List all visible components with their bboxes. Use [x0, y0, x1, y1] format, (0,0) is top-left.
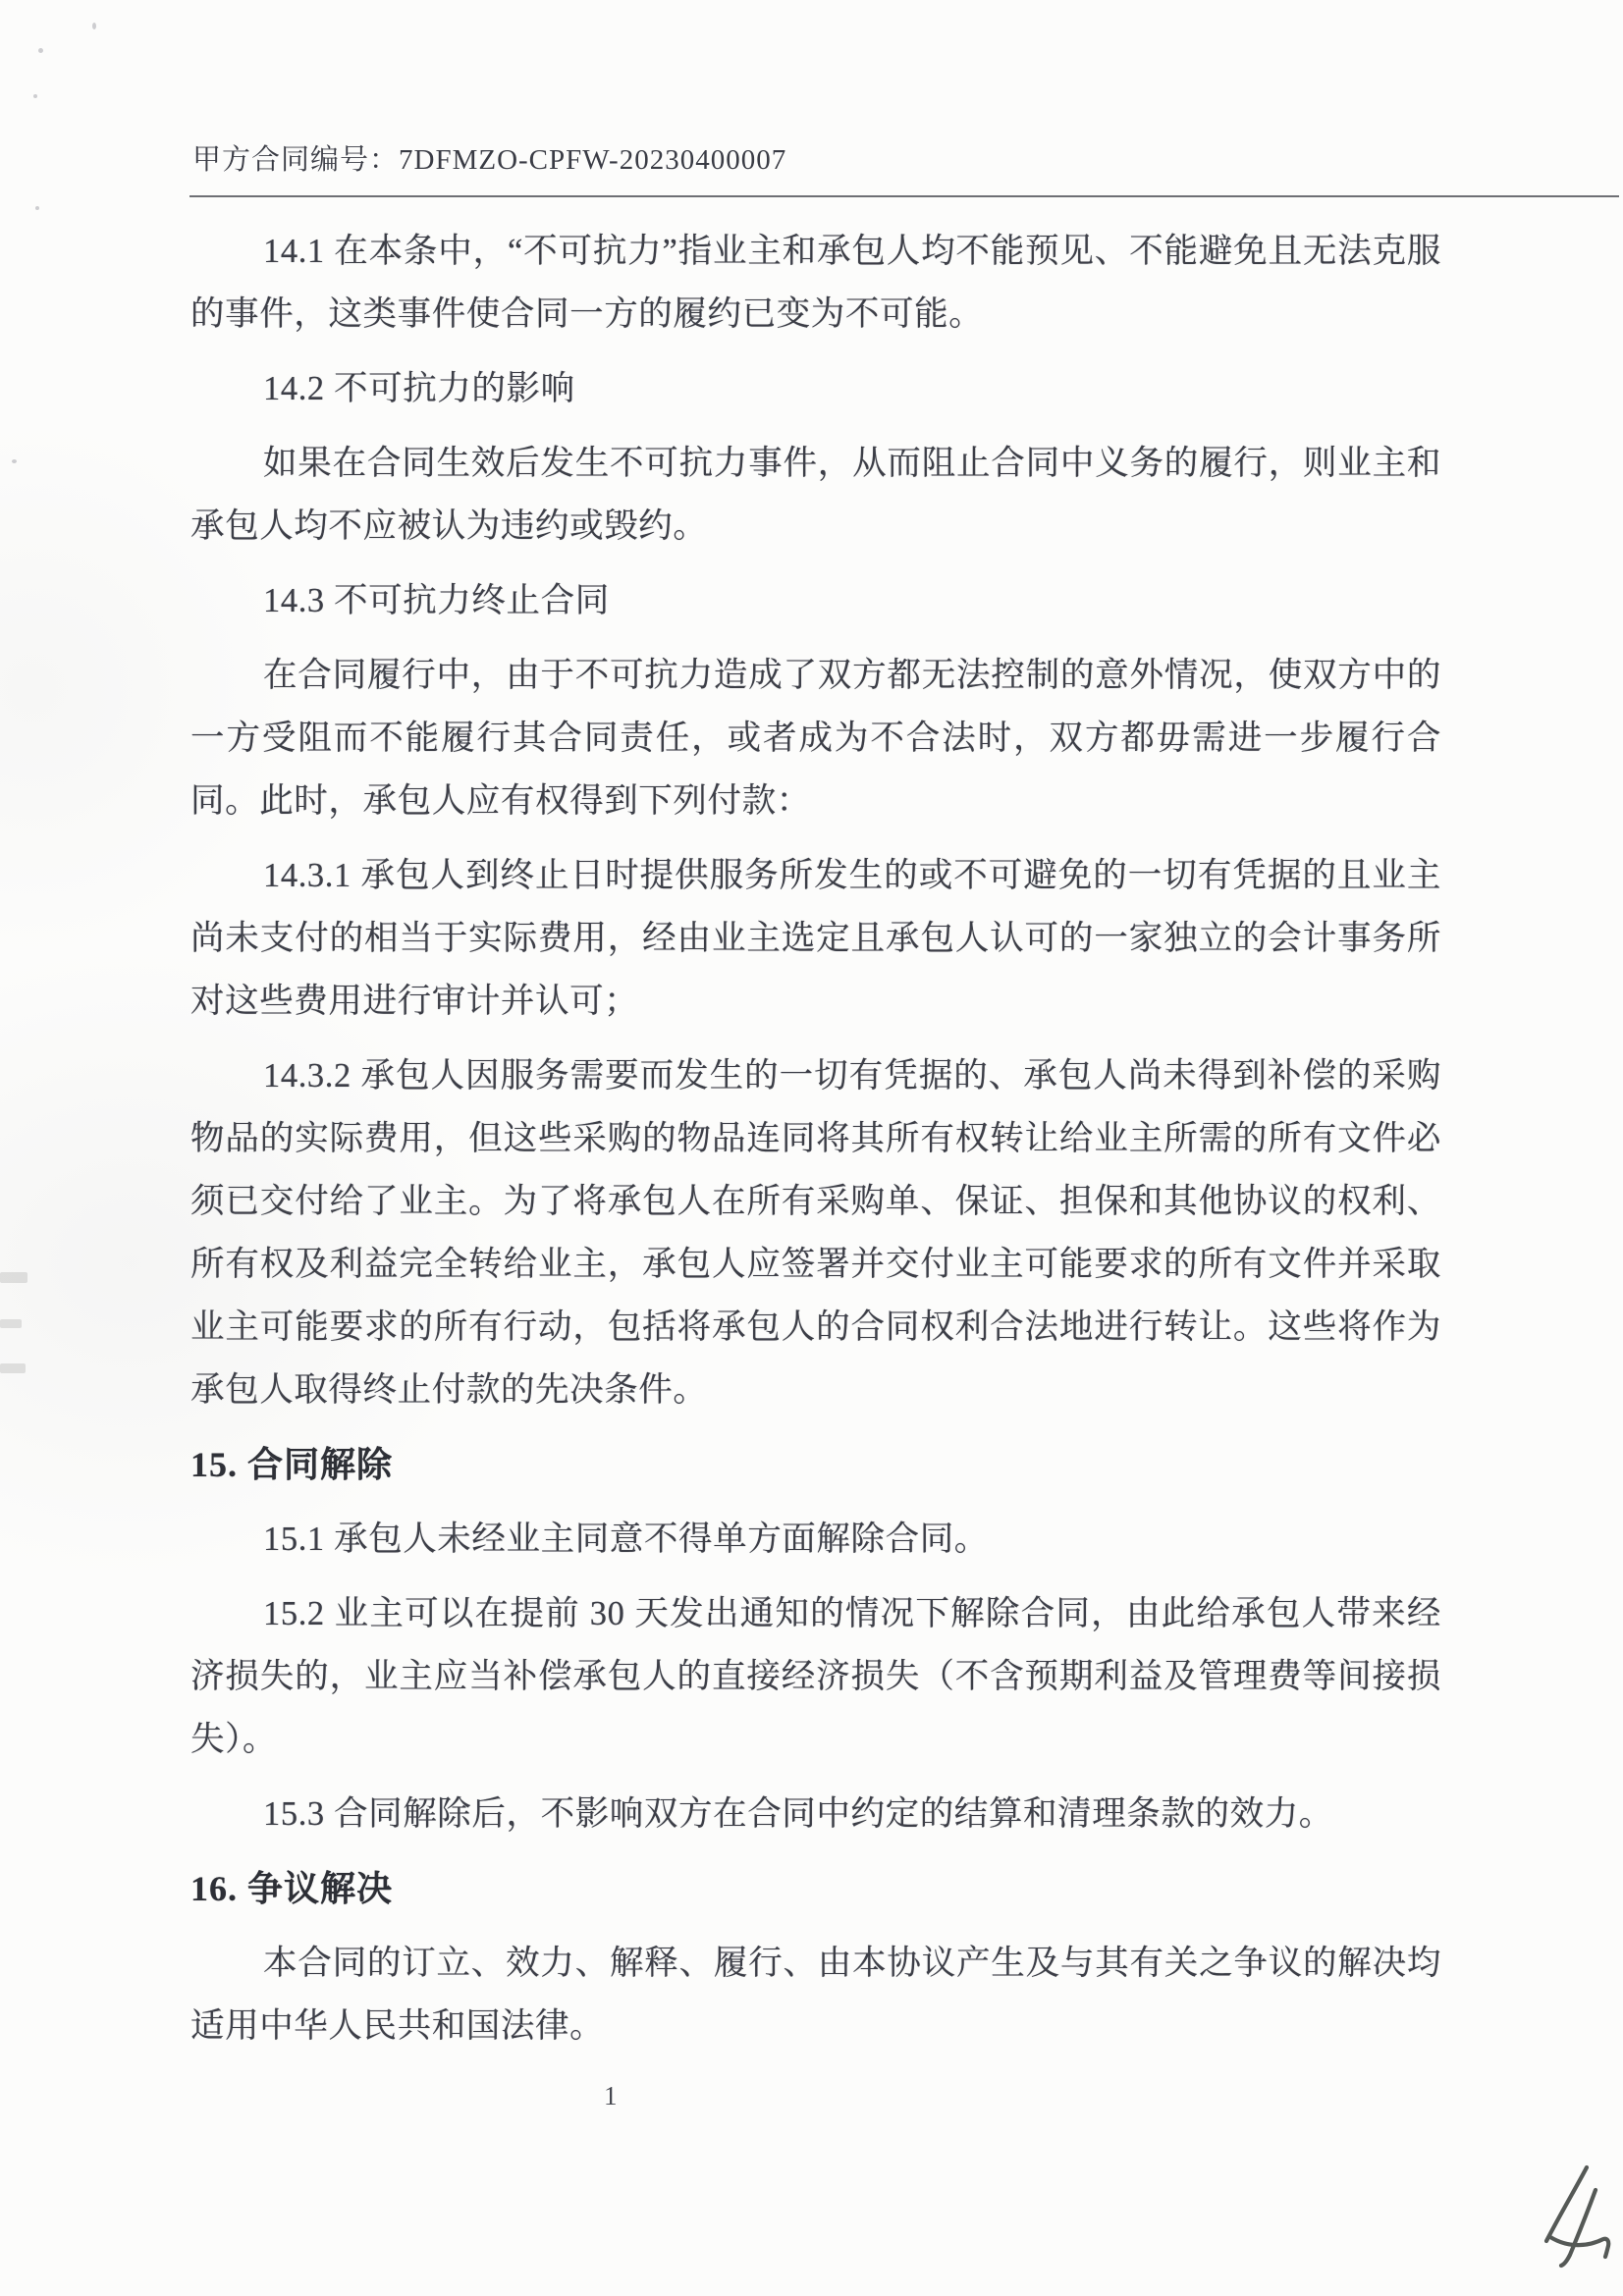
contract-body: 14.1 在本条中，“不可抗力”指业主和承包人均不能预见、不能避免且无法克服的事…: [190, 220, 1441, 2069]
clause-15-2: 15.2 业主可以在提前 30 天发出通知的情况下解除合同，由此给承包人带来经济…: [190, 1582, 1441, 1771]
page-number: 1: [604, 2081, 618, 2111]
contract-number-label: 甲方合同编号：: [192, 144, 399, 176]
header-divider: [189, 195, 1619, 197]
section-16-heading: 16. 争议解决: [190, 1857, 1441, 1920]
clause-14-3-2: 14.3.2 承包人因服务需要而发生的一切有凭据的、承包人尚未得到补偿的采购物品…: [190, 1044, 1441, 1421]
section-15-heading: 15. 合同解除: [190, 1433, 1441, 1496]
scan-speck: [38, 48, 43, 53]
clause-14-1: 14.1 在本条中，“不可抗力”指业主和承包人均不能预见、不能避免且无法克服的事…: [190, 220, 1441, 346]
scan-artifact: [0, 1272, 27, 1283]
clause-14-3-title: 14.3 不可抗力终止合同: [190, 569, 1441, 632]
clause-14-2-title: 14.2 不可抗力的影响: [190, 357, 1441, 420]
clause-14-3-1: 14.3.1 承包人到终止日时提供服务所发生的或不可避免的一切有凭据的且业主尚未…: [190, 844, 1441, 1033]
contract-number-value: 7DFMZO-CPFW-20230400007: [399, 144, 786, 176]
scanned-contract-page: 甲方合同编号：7DFMZO-CPFW-20230400007 14.1 在本条中…: [0, 0, 1623, 2296]
scan-speck: [92, 23, 96, 29]
scan-artifact: [0, 1363, 26, 1373]
clause-15-3: 15.3 合同解除后，不影响双方在合同中约定的结算和清理条款的效力。: [190, 1783, 1441, 1845]
scan-artifact: [0, 1319, 22, 1328]
scan-speck: [33, 94, 37, 98]
contract-number-header: 甲方合同编号：7DFMZO-CPFW-20230400007: [192, 137, 1616, 178]
clause-14-3-body: 在合同履行中，由于不可抗力造成了双方都无法控制的意外情况，使双方中的一方受阻而不…: [190, 644, 1441, 832]
handwritten-mark: [1424, 2110, 1620, 2296]
scan-speck: [35, 206, 39, 210]
clause-15-1: 15.1 承包人未经业主同意不得单方面解除合同。: [190, 1508, 1441, 1571]
clause-16-body: 本合同的订立、效力、解释、履行、由本协议产生及与其有关之争议的解决均适用中华人民…: [190, 1932, 1441, 2057]
scan-speck: [12, 459, 17, 463]
clause-14-2-body: 如果在合同生效后发生不可抗力事件，从而阻止合同中义务的履行，则业主和承包人均不应…: [190, 432, 1441, 558]
